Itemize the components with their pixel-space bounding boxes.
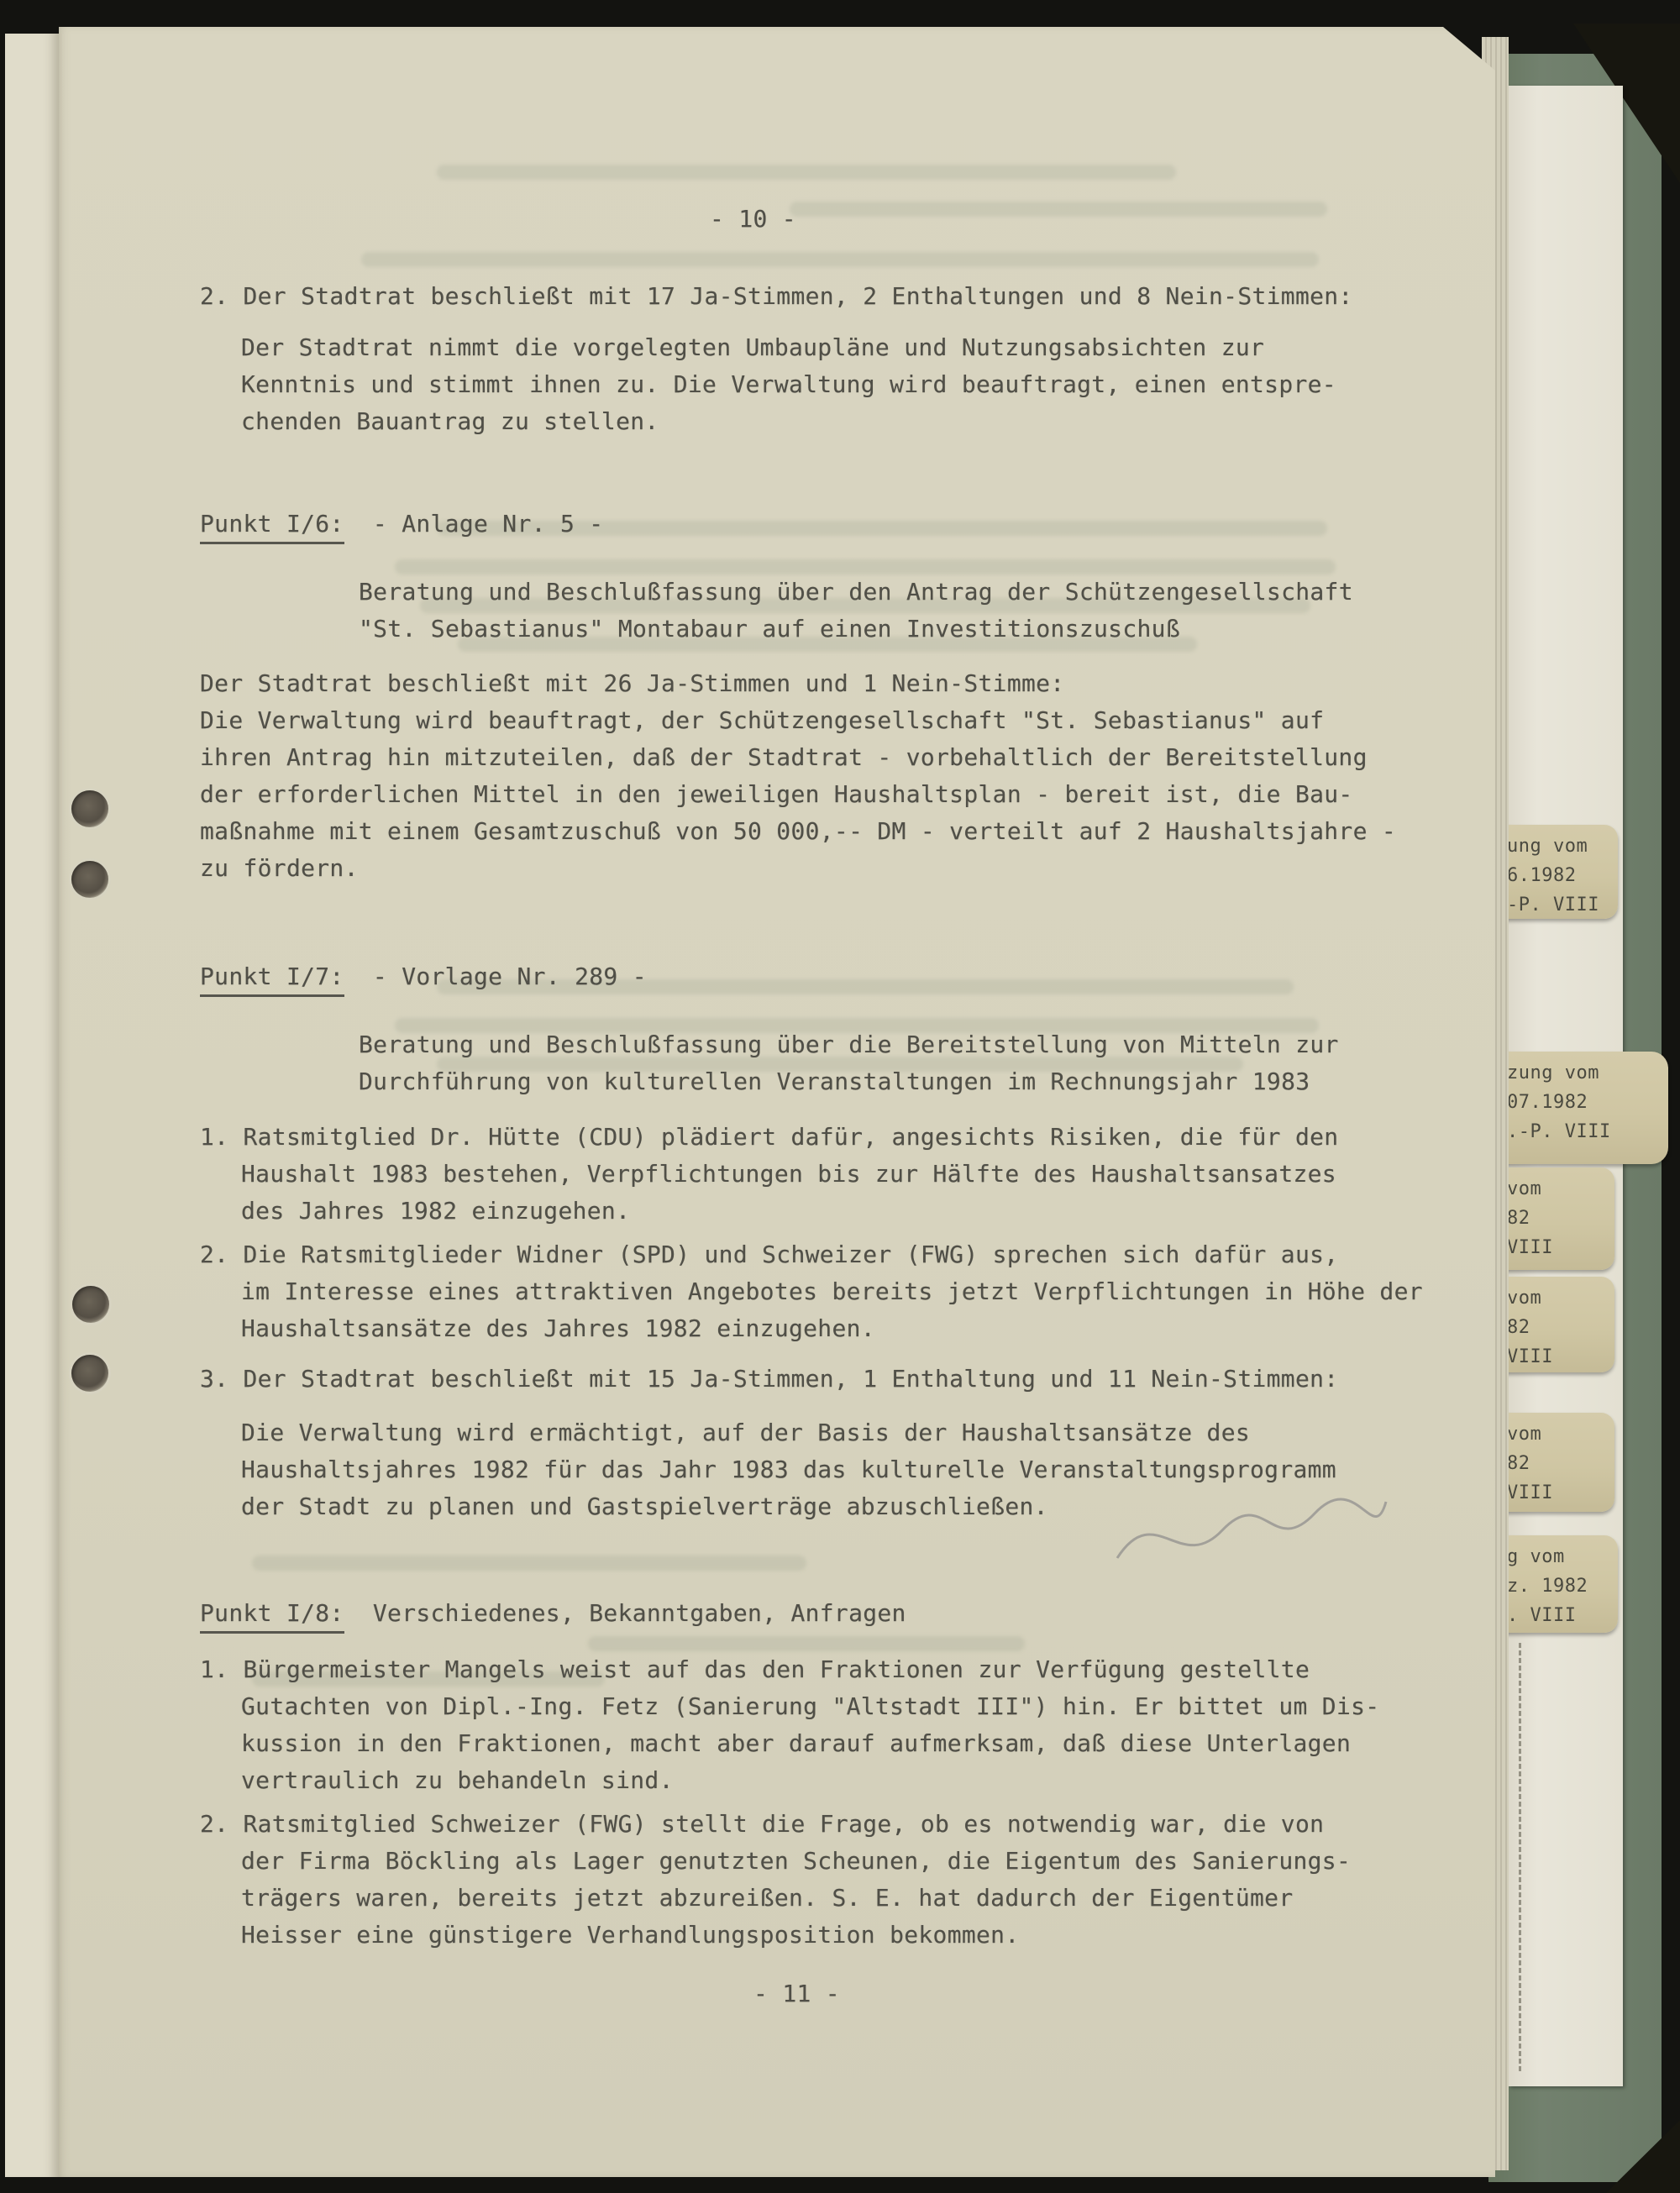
decision-heading: Der Stadtrat beschließt mit 26 Ja-Stimme… — [200, 669, 1064, 698]
punkt-6-attachment: - Anlage Nr. 5 - — [344, 510, 604, 538]
list-item-line: Haushalt 1983 bestehen, Verpflichtungen … — [241, 1160, 1336, 1188]
list-item-line: des Jahres 1982 einzugehen. — [241, 1197, 630, 1225]
subject-line: "St. Sebastianus" Montabaur auf einen In… — [359, 615, 1180, 643]
list-item-line: Gutachten von Dipl.-Ing. Fetz (Sanierung… — [241, 1692, 1379, 1721]
list-item-line: 2. Ratsmitglied Schweizer (FWG) stellt d… — [200, 1810, 1324, 1839]
punkt-6-label: Punkt I/6: — [200, 510, 344, 544]
list-item-line: 2. Die Ratsmitglieder Widner (SPD) und S… — [200, 1241, 1338, 1269]
page-number-top: - 10 - — [710, 205, 796, 233]
punch-hole — [71, 861, 108, 898]
list-item-line: vertraulich zu behandeln sind. — [241, 1766, 674, 1795]
text-line: Kenntnis und stimmt ihnen zu. Die Verwal… — [241, 370, 1336, 399]
list-item-line: im Interesse eines attraktiven Angebotes… — [241, 1278, 1423, 1306]
punkt-7-heading: Punkt I/7: - Vorlage Nr. 289 - — [200, 963, 647, 991]
text-line: Der Stadtrat nimmt die vorgelegten Umbau… — [241, 333, 1264, 362]
text-line: Die Verwaltung wird beauftragt, der Schü… — [200, 706, 1324, 735]
text-layer: - 10 - 2. Der Stadtrat beschließt mit 17… — [0, 0, 1680, 2193]
subject-line: Beratung und Beschlußfassung über die Be… — [359, 1031, 1339, 1059]
page-number-bottom: - 11 - — [753, 1980, 840, 2008]
text-line: zu fördern. — [200, 854, 359, 883]
punkt-8-label: Punkt I/8: — [200, 1599, 344, 1634]
punch-hole — [71, 1355, 108, 1392]
punkt-8-topic: Verschiedenes, Bekanntgaben, Anfragen — [344, 1599, 906, 1627]
punkt-7-attachment: - Vorlage Nr. 289 - — [344, 963, 647, 990]
punch-hole — [71, 790, 108, 827]
scanned-document-photo: ung vom 6.1982 -P. VIII zung vom 07.1982… — [0, 0, 1680, 2193]
text-line: der erforderlichen Mittel in den jeweili… — [200, 780, 1353, 809]
punkt-8-heading: Punkt I/8: Verschiedenes, Bekanntgaben, … — [200, 1599, 906, 1628]
list-item-line: trägers waren, bereits jetzt abzureißen.… — [241, 1884, 1294, 1912]
punkt-6-heading: Punkt I/6: - Anlage Nr. 5 - — [200, 510, 603, 538]
list-item-line: Haushaltsansätze des Jahres 1982 einzuge… — [241, 1314, 875, 1343]
list-item-line: kussion in den Fraktionen, macht aber da… — [241, 1729, 1351, 1758]
text-line: ihren Antrag hin mitzuteilen, daß der St… — [200, 743, 1368, 772]
text-line: chenden Bauantrag zu stellen. — [241, 407, 659, 436]
list-item-line: 3. Der Stadtrat beschließt mit 15 Ja-Sti… — [200, 1365, 1338, 1393]
list-item-line: 1. Bürgermeister Mangels weist auf das d… — [200, 1655, 1310, 1684]
decision-heading: 2. Der Stadtrat beschließt mit 17 Ja-Sti… — [200, 282, 1353, 311]
list-item-line: Heisser eine günstigere Verhandlungsposi… — [241, 1921, 1020, 1949]
subject-line: Beratung und Beschlußfassung über den An… — [359, 578, 1353, 606]
punkt-7-label: Punkt I/7: — [200, 963, 344, 997]
text-line: der Stadt zu planen und Gastspielverträg… — [241, 1493, 1048, 1521]
list-item-line: der Firma Böckling als Lager genutzten S… — [241, 1847, 1351, 1876]
subject-line: Durchführung von kulturellen Veranstaltu… — [359, 1068, 1310, 1096]
punch-hole — [72, 1286, 109, 1323]
text-line: Die Verwaltung wird ermächtigt, auf der … — [241, 1419, 1250, 1447]
text-line: Haushaltsjahres 1982 für das Jahr 1983 d… — [241, 1456, 1336, 1484]
text-line: maßnahme mit einem Gesamtzuschuß von 50 … — [200, 817, 1396, 846]
list-item-line: 1. Ratsmitglied Dr. Hütte (CDU) plädiert… — [200, 1123, 1338, 1152]
